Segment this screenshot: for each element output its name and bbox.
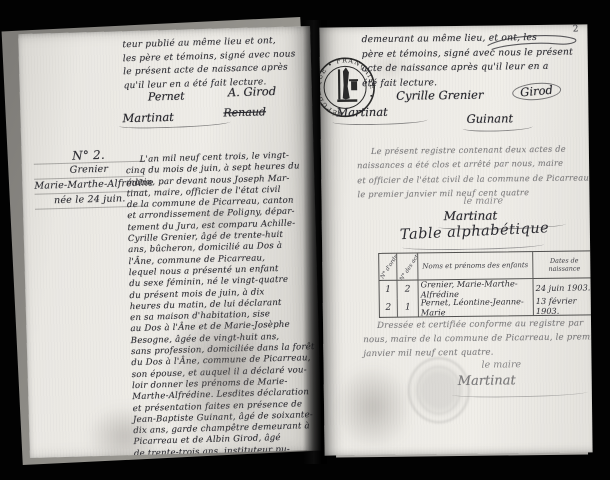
signature-underline-flourish [452,388,588,398]
table-title: Table alphabétique [400,220,550,243]
signature-underline-flourish [332,116,427,125]
left-page: teur publié au même lieu et ont,les père… [18,26,322,458]
signature-pernet: Pernet [148,90,185,104]
handwriting-line: janvier mil neuf cent quatre. [363,344,592,361]
right-page: 2 RÉPUBLIQUE • FRANÇAISE • demeurant au … [319,24,592,455]
certification-text: Dressée et certifiée conforme au registr… [363,316,593,361]
table-cell-date: 24 juin 1903. [533,278,592,297]
table-cell-name: Pernet, Léontine-Jeanne-Marie [419,297,534,316]
signature-cyrille-grenier: Cyrille Grenier [396,88,483,103]
signature-underline-flourish [119,118,231,129]
table-cell-name: Grenier, Marie-Marthe-Alfrédine [418,279,533,298]
handwriting-line: acte de naissance après qu'il leur en a [362,60,573,77]
register-closing-text: Le présent registre contenant deux actes… [357,141,589,201]
signature-underline-flourish [463,123,533,132]
column-header-actes: N° des actes [397,253,418,280]
table-cell: 1 [379,281,397,299]
handwriting-line: nous, maire de la commune de Picarreau, … [363,330,592,347]
table-cell: 1 [398,298,419,316]
column-header-noms: Noms et prénoms des enfants [418,252,533,280]
handwriting-line: et officier de l'état civil de la commun… [357,170,589,187]
table-cell-date: 13 février 1903. [534,296,593,315]
column-header-ordre: N° d'ordre [379,254,397,281]
le-maire-label-bottom: le maire [481,359,521,370]
column-header-dates: Dates de naissance [533,251,592,279]
table-cell: 2 [397,280,418,298]
le-maire-label: le maire [463,195,503,206]
alphabetical-table: N° d'ordre N° des actes Noms et prénoms … [378,250,592,318]
signature-girod: Girod [512,83,561,101]
mairie-stamp-faded [407,357,470,424]
title-underline-flourish [402,241,544,251]
signature-a-girod: A. Girod [228,84,277,99]
table-cell: 2 [380,299,398,317]
document-scan-photo: teur publié au même lieu et ont,les père… [0,0,610,480]
birth-act-text: L'an mil neuf cent trois, le vingt-cinq … [126,150,322,458]
